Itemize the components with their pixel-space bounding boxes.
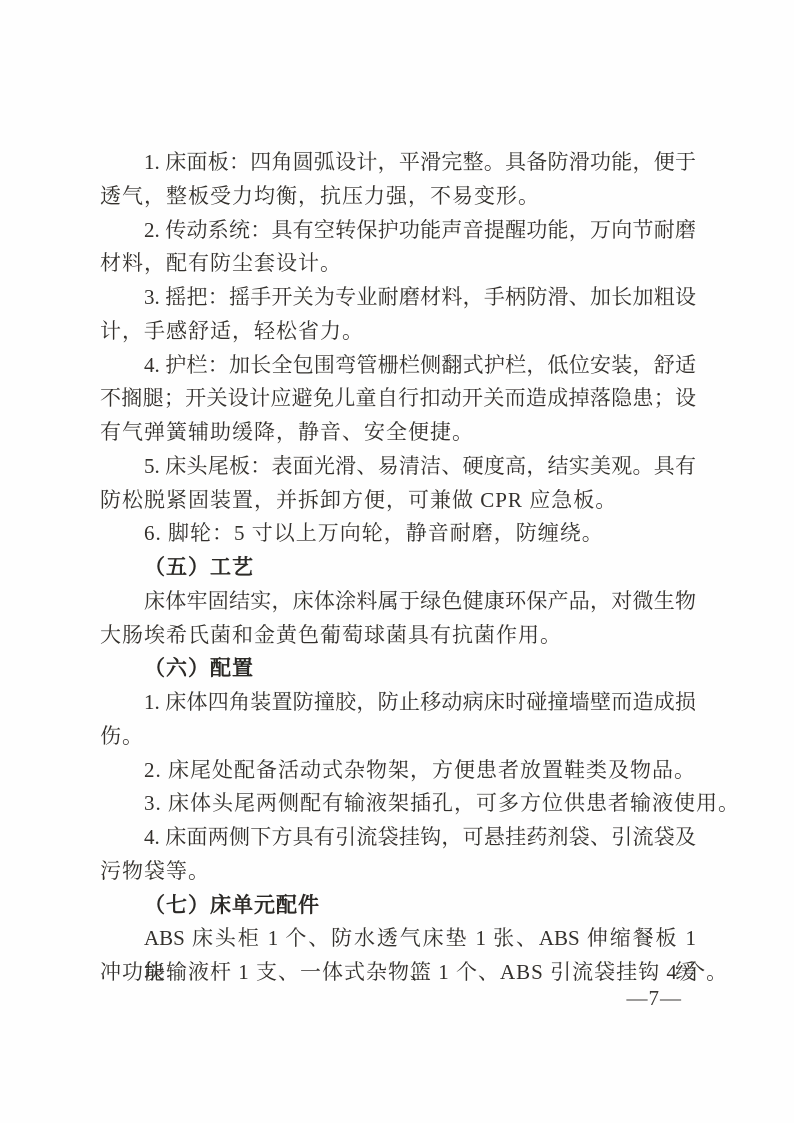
document-body: 1. 床面板：四角圆弧设计，平滑完整。具备防滑功能，便于透气，整板受力均衡，抗压…: [100, 146, 696, 990]
section-heading: （七）床单元配件: [100, 889, 696, 923]
text-line: 计，手感舒适，轻松省力。: [100, 315, 696, 349]
text-line: 6. 脚轮：5 寸以上万向轮，静音耐磨，防缠绕。: [100, 517, 696, 551]
text-line: 有气弹簧辅助缓降，静音、安全便捷。: [100, 416, 696, 450]
text-line: 4. 床面两侧下方具有引流袋挂钩，可悬挂药剂袋、引流袋及: [100, 821, 696, 855]
document-page: 1. 床面板：四角圆弧设计，平滑完整。具备防滑功能，便于透气，整板受力均衡，抗压…: [0, 0, 794, 1123]
text-line: 1. 床体四角装置防撞胶，防止移动病床时碰撞墙壁而造成损: [100, 686, 696, 720]
page-number: —7—: [627, 984, 683, 1012]
text-line: 不搁腿；开关设计应避免儿童自行扣动开关而造成掉落隐患；设: [100, 382, 696, 416]
section-heading: （六）配置: [100, 652, 696, 686]
text-line: 3. 摇把：摇手开关为专业耐磨材料，手柄防滑、加长加粗设: [100, 281, 696, 315]
text-line: 污物袋等。: [100, 855, 696, 889]
text-line: 4. 护栏：加长全包围弯管栅栏侧翻式护栏，低位安装，舒适: [100, 349, 696, 383]
text-line: 2. 床尾处配备活动式杂物架，方便患者放置鞋类及物品。: [100, 754, 696, 788]
text-line: 5. 床头尾板：表面光滑、易清洁、硬度高，结实美观。具有: [100, 450, 696, 484]
text-line: 伤。: [100, 720, 696, 754]
section-heading: （五）工艺: [100, 551, 696, 585]
text-line: 大肠埃希氏菌和金黄色葡萄球菌具有抗菌作用。: [100, 619, 696, 653]
text-line: 3. 床体头尾两侧配有输液架插孔，可多方位供患者输液使用。: [100, 787, 696, 821]
text-line: 透气，整板受力均衡，抗压力强，不易变形。: [100, 180, 696, 214]
text-line: 防松脱紧固装置，并拆卸方便，可兼做 CPR 应急板。: [100, 484, 696, 518]
text-line: 材料，配有防尘套设计。: [100, 247, 696, 281]
text-line: ABS 床头柜 1 个、防水透气床垫 1 张、ABS 伸缩餐板 1 块、缓: [100, 922, 696, 956]
text-line: 床体牢固结实，床体涂料属于绿色健康环保产品，对微生物: [100, 585, 696, 619]
text-line: 2. 传动系统：具有空转保护功能声音提醒功能，万向节耐磨: [100, 214, 696, 248]
text-line: 1. 床面板：四角圆弧设计，平滑完整。具备防滑功能，便于: [100, 146, 696, 180]
text-line: 冲功能输液杆 1 支、一体式杂物篮 1 个、ABS 引流袋挂钩 4 个。: [100, 956, 696, 990]
